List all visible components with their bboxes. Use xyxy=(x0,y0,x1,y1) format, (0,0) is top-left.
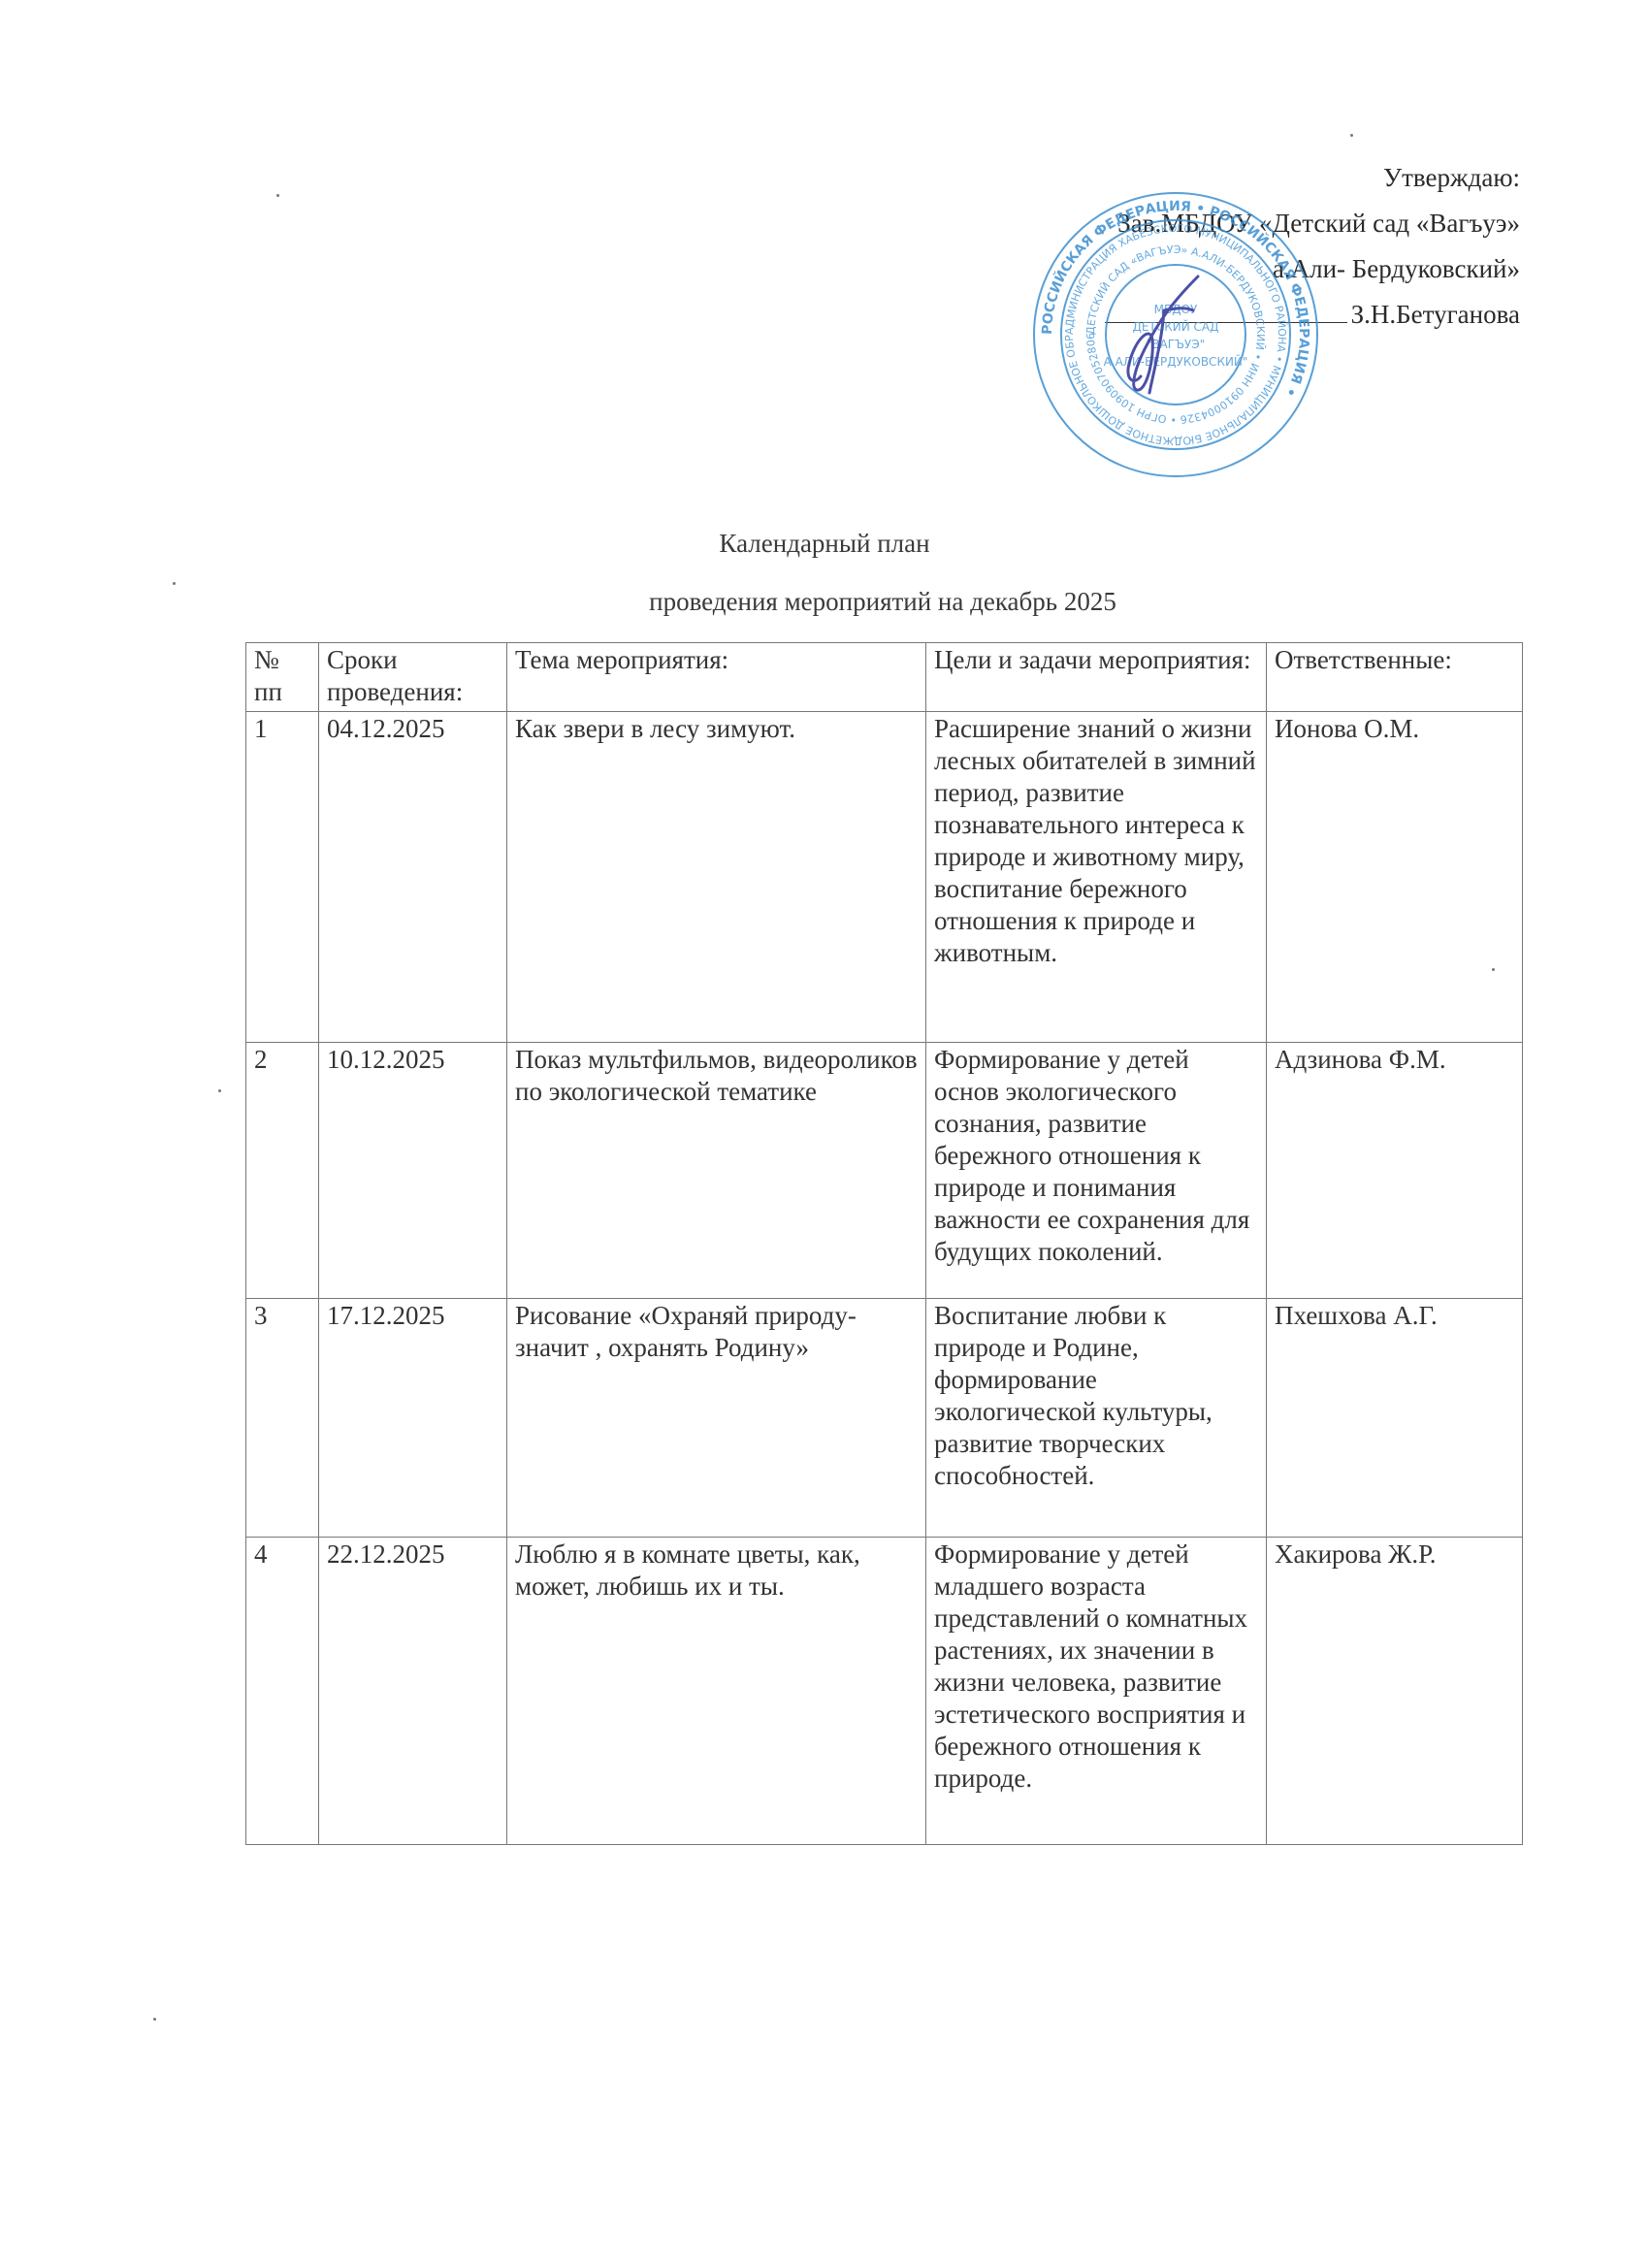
scan-speck xyxy=(1350,134,1353,137)
scan-speck xyxy=(276,194,279,197)
cell-responsible: Хакирова Ж.Р. xyxy=(1267,1538,1523,1845)
cell-date: 10.12.2025 xyxy=(319,1043,507,1299)
cell-responsible: Ионова О.М. xyxy=(1267,712,1523,1043)
cell-topic: Как звери в лесу зимуют. xyxy=(507,712,926,1043)
document-title: Календарный план xyxy=(0,529,1649,559)
header-goals: Цели и задачи мероприятия: xyxy=(926,643,1267,712)
cell-goals: Формирование у детей основ экологическог… xyxy=(926,1043,1267,1299)
document-subtitle: проведения мероприятий на декабрь 2025 xyxy=(58,587,1649,617)
header-number: № пп xyxy=(246,643,319,712)
table-row: 1 04.12.2025 Как звери в лесу зимуют. Ра… xyxy=(246,712,1523,1043)
cell-date: 17.12.2025 xyxy=(319,1299,507,1538)
cell-goals: Формирование у детей младшего возраста п… xyxy=(926,1538,1267,1845)
header-responsible: Ответственные: xyxy=(1267,643,1523,712)
cell-number: 2 xyxy=(246,1043,319,1299)
cell-topic: Рисование «Охраняй природу- значит , охр… xyxy=(507,1299,926,1538)
cell-number: 3 xyxy=(246,1299,319,1538)
cell-date: 22.12.2025 xyxy=(319,1538,507,1845)
scan-speck xyxy=(173,582,176,585)
table-row: 2 10.12.2025 Показ мультфильмов, видеоро… xyxy=(246,1043,1523,1299)
cell-number: 1 xyxy=(246,712,319,1043)
cell-goals: Расширение знаний о жизни лесных обитате… xyxy=(926,712,1267,1043)
table-header-row: № пп Сроки проведения: Тема мероприятия:… xyxy=(246,643,1523,712)
cell-number: 4 xyxy=(246,1538,319,1845)
header-date: Сроки проведения: xyxy=(319,643,507,712)
cell-topic: Люблю я в комнате цветы, как, может, люб… xyxy=(507,1538,926,1845)
cell-date: 04.12.2025 xyxy=(319,712,507,1043)
cell-responsible: Пхешхова А.Г. xyxy=(1267,1299,1523,1538)
table-row: 4 22.12.2025 Люблю я в комнате цветы, ка… xyxy=(246,1538,1523,1845)
approval-signatory: З.Н.Бетуганова xyxy=(1351,300,1520,329)
scan-speck xyxy=(153,2018,156,2021)
cell-topic: Показ мультфильмов, видеороликов по экол… xyxy=(507,1043,926,1299)
signature-icon xyxy=(1106,272,1222,398)
events-table: № пп Сроки проведения: Тема мероприятия:… xyxy=(245,642,1523,1845)
header-topic: Тема мероприятия: xyxy=(507,643,926,712)
table-row: 3 17.12.2025 Рисование «Охраняй природу-… xyxy=(246,1299,1523,1538)
cell-goals: Воспитание любви к природе и Родине, фор… xyxy=(926,1299,1267,1538)
cell-responsible: Адзинова Ф.М. xyxy=(1267,1043,1523,1299)
scan-speck xyxy=(1492,968,1495,971)
scan-speck xyxy=(218,1089,221,1092)
